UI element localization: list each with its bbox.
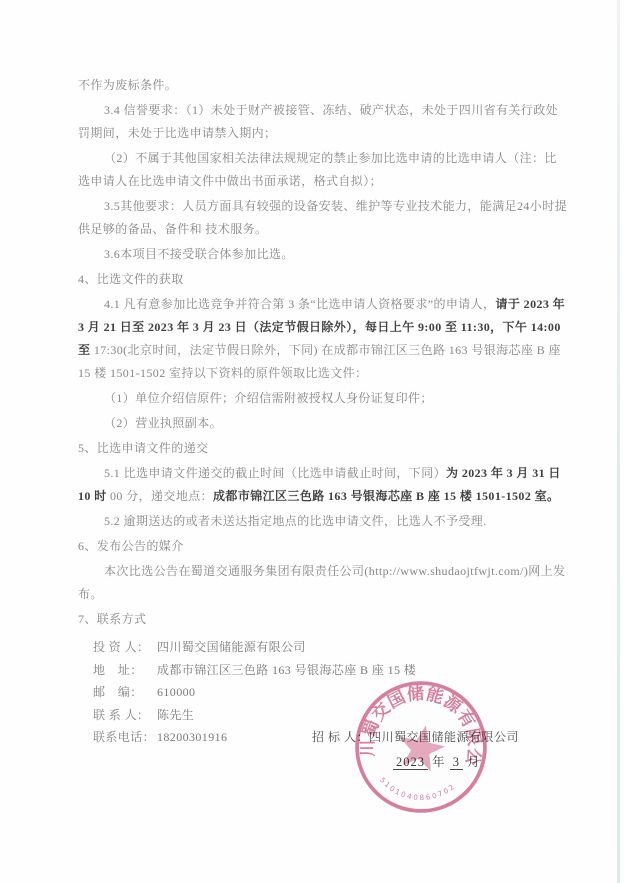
paragraph: 4、比选文件的获取 bbox=[78, 268, 567, 291]
text-segment: 3.5其他要求：人员方面具有较强的设备安装、维护等专业技术能力，能满足24小时提… bbox=[78, 199, 567, 236]
paragraph: 3.5其他要求：人员方面具有较强的设备安装、维护等专业技术能力，能满足24小时提… bbox=[78, 195, 567, 241]
text-segment: （1）单位介绍信原件；介绍信需附被授权人身份证复印件； bbox=[104, 391, 433, 405]
contact-row: 地 址：成都市锦江区三色路 163 号银海芯座 B 座 15 楼 bbox=[93, 659, 567, 682]
contact-row: 联 系 人：陈先生 bbox=[93, 704, 567, 727]
text-segment: 17:30(北京时间，法定节假日除外，下同) 在成都市锦江区三色路 163 号银… bbox=[78, 343, 561, 380]
text-segment: 不作为废标条件。 bbox=[78, 78, 177, 92]
text-segment: 3.6本项目不接受联合体参加比选。 bbox=[104, 247, 294, 261]
contact-value: 610000 bbox=[157, 685, 195, 699]
date-month-unit: 月 bbox=[463, 755, 481, 769]
paragraph: 3.6本项目不接受联合体参加比选。 bbox=[78, 243, 567, 266]
text-segment: 本次比选公告在蜀道交通服务集团有限责任公司(http://www.shudaoj… bbox=[78, 564, 565, 601]
text-segment: 6、发布公告的媒介 bbox=[78, 539, 184, 553]
text-segment: 5.1 比选申请文件递交的截止时间（比选申请截止时间，下同） bbox=[104, 466, 446, 480]
bidder-signature-line: 招 标 人：四川蜀交国储能源有限公司 bbox=[312, 728, 519, 745]
paragraph: 本次比选公告在蜀道交通服务集团有限责任公司(http://www.shudaoj… bbox=[78, 560, 567, 606]
paragraph: 5.2 逾期送达的或者未送达指定地点的比选申请文件，比选人不予受理. bbox=[78, 510, 567, 533]
contact-value: 陈先生 bbox=[157, 708, 194, 722]
date-year-unit: 年 bbox=[428, 755, 450, 769]
signature-date: 2023 年 3 月 bbox=[393, 752, 481, 770]
text-segment: （2）营业执照副本。 bbox=[104, 416, 222, 430]
paragraph: 7、联系方式 bbox=[78, 608, 567, 631]
text-segment: 7、联系方式 bbox=[78, 612, 146, 626]
document-paragraphs: 不作为废标条件。3.4 信誉要求：（1）未处于财产被接管、冻结、破产状态，未处于… bbox=[78, 74, 567, 631]
text-segment: 00 分，递交地点： bbox=[110, 489, 213, 503]
document-body: 不作为废标条件。3.4 信誉要求：（1）未处于财产被接管、冻结、破产状态，未处于… bbox=[78, 74, 567, 749]
scanned-document-page: 不作为废标条件。3.4 信誉要求：（1）未处于财产被接管、冻结、破产状态，未处于… bbox=[0, 0, 625, 883]
text-segment: 3.4 信誉要求：（1）未处于财产被接管、冻结、破产状态，未处于四川省有关行政处… bbox=[78, 103, 558, 140]
date-year: 2023 bbox=[393, 755, 428, 770]
contact-label: 地 址： bbox=[93, 659, 157, 682]
contact-label: 投 资 人： bbox=[93, 636, 157, 659]
paragraph: 不作为废标条件。 bbox=[78, 74, 567, 97]
paragraph: （2）不属于其他国家相关法律法规规定的禁止参加比选申请的比选申请人（注：比选申请… bbox=[78, 147, 567, 193]
seal-serial-number: 5101040860702 bbox=[377, 775, 458, 805]
paragraph: 5.1 比选申请文件递交的截止时间（比选申请截止时间，下同）为 2023 年 3… bbox=[78, 462, 567, 508]
contact-label: 联 系 人： bbox=[93, 704, 157, 727]
paragraph: （1）单位介绍信原件；介绍信需附被授权人身份证复印件； bbox=[78, 387, 567, 410]
contact-row: 投 资 人：四川蜀交国储能源有限公司 bbox=[93, 636, 567, 659]
paragraph: （2）营业执照副本。 bbox=[78, 412, 567, 435]
text-segment: （2）不属于其他国家相关法律法规规定的禁止参加比选申请的比选申请人（注：比选申请… bbox=[78, 151, 557, 188]
paragraph: 6、发布公告的媒介 bbox=[78, 535, 567, 558]
paragraph: 3.4 信誉要求：（1）未处于财产被接管、冻结、破产状态，未处于四川省有关行政处… bbox=[78, 99, 567, 145]
scan-edge-line bbox=[617, 0, 620, 883]
bidder-label: 招 标 人： bbox=[312, 730, 369, 744]
text-segment: 成都市锦江区三色路 163 号银海芯座 B 座 15 楼 1501-1502 室… bbox=[213, 489, 559, 503]
text-segment: 5.2 逾期送达的或者未送达指定地点的比选申请文件，比选人不予受理. bbox=[104, 514, 487, 528]
contact-row: 邮 编：610000 bbox=[93, 681, 567, 704]
paragraph: 5、比选申请文件的递交 bbox=[78, 437, 567, 460]
contact-label: 邮 编： bbox=[93, 681, 157, 704]
text-segment: 4、比选文件的获取 bbox=[78, 272, 184, 286]
text-segment: 4.1 凡有意参加比选竞争并符合第 3 条“比选申请人资格要求”的申请人， bbox=[104, 297, 495, 311]
bidder-company: 四川蜀交国储能源有限公司 bbox=[369, 730, 519, 744]
contact-value: 18200301916 bbox=[157, 730, 227, 744]
contact-value: 四川蜀交国储能源有限公司 bbox=[157, 640, 306, 654]
text-segment: 5、比选申请文件的递交 bbox=[78, 441, 208, 455]
paragraph: 4.1 凡有意参加比选竞争并符合第 3 条“比选申请人资格要求”的申请人，请于 … bbox=[78, 293, 567, 385]
contact-label: 联系电话： bbox=[93, 726, 157, 749]
contact-value: 成都市锦江区三色路 163 号银海芯座 B 座 15 楼 bbox=[157, 663, 416, 677]
date-month: 3 bbox=[450, 755, 463, 770]
